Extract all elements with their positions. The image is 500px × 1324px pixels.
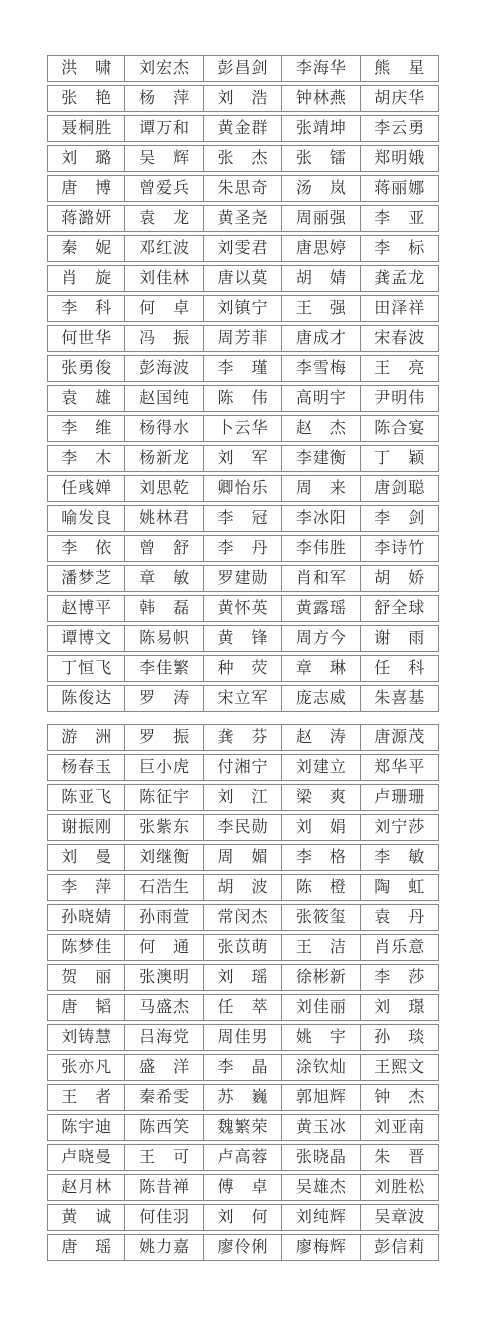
table-row: 何世华冯振周芳菲唐成才宋春波	[47, 325, 439, 352]
table-cell: 邓红波	[125, 235, 203, 262]
person-name: 洪啸	[61, 61, 111, 77]
person-name: 魏繁荣	[217, 1120, 267, 1136]
table-cell: 周芳菲	[204, 325, 282, 352]
person-name: 唐瑶	[61, 1240, 111, 1256]
table-cell: 刘江	[204, 784, 282, 811]
person-name: 唐思婷	[296, 241, 346, 257]
table-row: 张勇俊彭海波李瑾李雪梅王亮	[47, 355, 439, 382]
person-name: 李云勇	[374, 121, 424, 137]
person-name: 唐博	[61, 181, 111, 197]
person-name: 孙雨萱	[139, 910, 189, 926]
person-name: 袁丹	[374, 910, 424, 926]
person-name: 王洁	[296, 940, 346, 956]
table-cell: 李木	[47, 445, 125, 472]
table-cell: 梁爽	[282, 784, 360, 811]
person-name: 刘宏杰	[139, 61, 189, 77]
table-cell: 陈伟	[204, 385, 282, 412]
person-name: 刘佳林	[139, 271, 189, 287]
table-row: 陈梦佳何通张苡萌王洁肖乐意	[47, 934, 439, 961]
table-row: 李萍石浩生胡波陈橙陶虹	[47, 874, 439, 901]
table-cell: 李丹	[204, 535, 282, 562]
person-name: 蒋丽娜	[374, 181, 424, 197]
table-cell: 肖和军	[282, 565, 360, 592]
person-name: 黄诚	[61, 1210, 111, 1226]
table-cell: 刘铸慧	[47, 1024, 125, 1051]
person-name: 王强	[296, 301, 346, 317]
table-cell: 庞志威	[282, 685, 360, 712]
table-cell: 傅卓	[204, 1174, 282, 1201]
table-cell: 姚林君	[125, 505, 203, 532]
table-cell: 刘继衡	[125, 844, 203, 871]
table-row: 李维杨得水卜云华赵杰陈合宴	[47, 415, 439, 442]
table-cell: 肖旋	[47, 265, 125, 292]
table-cell: 廖梅辉	[282, 1234, 360, 1261]
person-name: 赵杰	[296, 421, 346, 437]
table-cell: 刘宏杰	[125, 55, 203, 82]
table-cell: 郭旭辉	[282, 1084, 360, 1111]
person-name: 刘思乾	[139, 481, 189, 497]
table-cell: 刘宁莎	[361, 814, 439, 841]
name-table-section-2: 游洲罗振龚芬赵涛唐源茂杨春玉巨小虎付湘宁刘建立郑华平陈亚飞陈征宇刘江梁爽卢珊珊谢…	[47, 721, 439, 1264]
table-cell: 任萃	[204, 994, 282, 1021]
table-row: 刘曼刘继衡周媚李格李敏	[47, 844, 439, 871]
person-name: 杨得水	[139, 421, 189, 437]
table-cell: 刘瑶	[204, 964, 282, 991]
table-cell: 徐彬新	[282, 964, 360, 991]
table-cell: 钟杰	[361, 1084, 439, 1111]
person-name: 傅卓	[217, 1180, 267, 1196]
table-cell: 赵杰	[282, 415, 360, 442]
table-cell: 刘思乾	[125, 475, 203, 502]
person-name: 姚林君	[139, 511, 189, 527]
table-cell: 周媚	[204, 844, 282, 871]
person-name: 刘娟	[296, 820, 346, 836]
table-cell: 刘曼	[47, 844, 125, 871]
table-cell: 谢振刚	[47, 814, 125, 841]
table-cell: 胡娇	[361, 565, 439, 592]
table-cell: 唐成才	[282, 325, 360, 352]
person-name: 袁雄	[61, 391, 111, 407]
table-cell: 王洁	[282, 934, 360, 961]
table-row: 谢振刚张紫东李民勋刘娟刘宁莎	[47, 814, 439, 841]
table-cell: 李维	[47, 415, 125, 442]
table-cell: 曾舒	[125, 535, 203, 562]
table-cell: 王者	[47, 1084, 125, 1111]
person-name: 肖旋	[61, 271, 111, 287]
table-cell: 唐博	[47, 175, 125, 202]
table-cell: 聂桐胜	[47, 115, 125, 142]
person-name: 罗建勋	[217, 571, 267, 587]
table-cell: 刘亚南	[361, 1114, 439, 1141]
person-name: 陈伟	[217, 391, 267, 407]
table-cell: 冯振	[125, 325, 203, 352]
table-cell: 丁颖	[361, 445, 439, 472]
person-name: 李敏	[374, 850, 424, 866]
person-name: 谢雨	[374, 631, 424, 647]
person-name: 黄金群	[217, 121, 267, 137]
person-name: 秦妮	[61, 241, 111, 257]
table-row: 李依曾舒李丹李伟胜李诗竹	[47, 535, 439, 562]
person-name: 刘何	[217, 1210, 267, 1226]
person-name: 胡庆华	[374, 91, 424, 107]
person-name: 肖乐意	[374, 940, 424, 956]
table-cell: 陈西笑	[125, 1114, 203, 1141]
person-name: 刘瑶	[217, 970, 267, 986]
table-row: 贺丽张澳明刘瑶徐彬新李莎	[47, 964, 439, 991]
table-cell: 李伟胜	[282, 535, 360, 562]
person-name: 彭海波	[139, 361, 189, 377]
person-name: 赵博平	[61, 601, 111, 617]
table-cell: 张筱玺	[282, 904, 360, 931]
person-name: 卢珊珊	[374, 790, 424, 806]
table-row: 任彧婵刘思乾卿怡乐周来唐剑聪	[47, 475, 439, 502]
table-cell: 谭博文	[47, 625, 125, 652]
person-name: 谭博文	[61, 631, 111, 647]
person-name: 李冰阳	[296, 511, 346, 527]
person-name: 彭昌剑	[217, 61, 267, 77]
person-name: 谢振刚	[61, 820, 111, 836]
table-row: 喻发良姚林君李冠李冰阳李剑	[47, 505, 439, 532]
person-name: 丁颖	[374, 451, 424, 467]
person-name: 张澳明	[139, 970, 189, 986]
table-cell: 任科	[361, 655, 439, 682]
person-name: 李雪梅	[296, 361, 346, 377]
table-row: 李科何卓刘镇宁王强田泽祥	[47, 295, 439, 322]
person-name: 刘浩	[217, 91, 267, 107]
person-name: 罗涛	[139, 691, 189, 707]
table-cell: 蒋潞妍	[47, 205, 125, 232]
person-name: 钟杰	[374, 1090, 424, 1106]
table-cell: 种荧	[204, 655, 282, 682]
person-name: 蒋潞妍	[61, 211, 111, 227]
table-cell: 杨萍	[125, 85, 203, 112]
person-name: 邓红波	[139, 241, 189, 257]
table-row: 卢晓曼王可卢高蓉张晓晶朱晋	[47, 1144, 439, 1171]
person-name: 卿怡乐	[217, 481, 267, 497]
person-name: 黄玉冰	[296, 1120, 346, 1136]
person-name: 尹明伟	[374, 391, 424, 407]
table-cell: 陈橙	[282, 874, 360, 901]
table-cell: 胡婧	[282, 265, 360, 292]
table-cell: 陈亚飞	[47, 784, 125, 811]
table-cell: 罗涛	[125, 685, 203, 712]
person-name: 李丹	[217, 541, 267, 557]
table-row: 游洲罗振龚芬赵涛唐源茂	[47, 724, 439, 751]
table-cell: 宋立军	[204, 685, 282, 712]
person-name: 周丽强	[296, 211, 346, 227]
table-cell: 袁丹	[361, 904, 439, 931]
table-cell: 黄怀英	[204, 595, 282, 622]
person-name: 张镭	[296, 151, 346, 167]
person-name: 张苡萌	[217, 940, 267, 956]
table-cell: 龚芬	[204, 724, 282, 751]
person-name: 张勇俊	[61, 361, 111, 377]
table-cell: 孙雨萱	[125, 904, 203, 931]
person-name: 常闵杰	[217, 910, 267, 926]
person-name: 刘纯辉	[296, 1210, 346, 1226]
table-cell: 张亦凡	[47, 1054, 125, 1081]
person-name: 刘军	[217, 451, 267, 467]
table-cell: 卜云华	[204, 415, 282, 442]
table-cell: 刘佳丽	[282, 994, 360, 1021]
table-row: 杨春玉巨小虎付湘宁刘建立郑华平	[47, 754, 439, 781]
table-cell: 赵月林	[47, 1174, 125, 1201]
person-name: 朱思奇	[217, 181, 267, 197]
person-name: 种荧	[217, 661, 267, 677]
person-name: 曾爱兵	[139, 181, 189, 197]
person-name: 石浩生	[139, 880, 189, 896]
person-name: 郭旭辉	[296, 1090, 346, 1106]
table-cell: 姚宇	[282, 1024, 360, 1051]
person-name: 赵国纯	[139, 391, 189, 407]
table-row: 赵月林陈昔禅傅卓吴雄杰刘胜松	[47, 1174, 439, 1201]
person-name: 陈橙	[296, 880, 346, 896]
table-cell: 李雪梅	[282, 355, 360, 382]
person-name: 刘璟	[374, 1000, 424, 1016]
person-name: 周媚	[217, 850, 267, 866]
table-cell: 王熙文	[361, 1054, 439, 1081]
table-cell: 卿怡乐	[204, 475, 282, 502]
person-name: 刘铸慧	[61, 1030, 111, 1046]
person-name: 孙晓婧	[61, 910, 111, 926]
person-name: 李晶	[217, 1060, 267, 1076]
person-name: 张亦凡	[61, 1060, 111, 1076]
person-name: 周方今	[296, 631, 346, 647]
person-name: 吕海党	[139, 1030, 189, 1046]
person-name: 王亮	[374, 361, 424, 377]
person-name: 任科	[374, 661, 424, 677]
table-cell: 杨得水	[125, 415, 203, 442]
person-name: 刘建立	[296, 760, 346, 776]
table-cell: 胡庆华	[361, 85, 439, 112]
person-name: 谭万和	[139, 121, 189, 137]
table-cell: 刘璟	[361, 994, 439, 1021]
table-row: 潘梦芝章敏罗建勋肖和军胡娇	[47, 565, 439, 592]
person-name: 卢高蓉	[217, 1150, 267, 1166]
table-cell: 黄锋	[204, 625, 282, 652]
table-cell: 贺丽	[47, 964, 125, 991]
table-cell: 朱喜基	[361, 685, 439, 712]
person-name: 李标	[374, 241, 424, 257]
person-name: 李瑾	[217, 361, 267, 377]
person-name: 胡娇	[374, 571, 424, 587]
table-cell: 周方今	[282, 625, 360, 652]
person-name: 袁龙	[139, 211, 189, 227]
table-cell: 李佳繁	[125, 655, 203, 682]
person-name: 张紫东	[139, 820, 189, 836]
person-name: 龚孟龙	[374, 271, 424, 287]
table-cell: 卢高蓉	[204, 1144, 282, 1171]
table-cell: 卢珊珊	[361, 784, 439, 811]
table-cell: 李亚	[361, 205, 439, 232]
table-cell: 刘娟	[282, 814, 360, 841]
name-table-section-1: 洪啸刘宏杰彭昌剑李海华熊星张艳杨萍刘浩钟林燕胡庆华聂桐胜谭万和黄金群张靖坤李云勇…	[47, 52, 439, 715]
table-cell: 周佳男	[204, 1024, 282, 1051]
table-cell: 李依	[47, 535, 125, 562]
table-row: 洪啸刘宏杰彭昌剑李海华熊星	[47, 55, 439, 82]
table-cell: 唐思婷	[282, 235, 360, 262]
table-cell: 彭海波	[125, 355, 203, 382]
person-name: 刘曼	[61, 850, 111, 866]
person-name: 刘宁莎	[374, 820, 424, 836]
person-name: 罗振	[139, 730, 189, 746]
table-cell: 黄玉冰	[282, 1114, 360, 1141]
table-cell: 朱晋	[361, 1144, 439, 1171]
table-cell: 章琳	[282, 655, 360, 682]
table-cell: 李晶	[204, 1054, 282, 1081]
table-cell: 张镭	[282, 145, 360, 172]
person-name: 李依	[61, 541, 111, 557]
table-cell: 刘纯辉	[282, 1204, 360, 1231]
table-cell: 黄露瑶	[282, 595, 360, 622]
table-row: 孙晓婧孙雨萱常闵杰张筱玺袁丹	[47, 904, 439, 931]
table-cell: 刘胜松	[361, 1174, 439, 1201]
table-cell: 钟林燕	[282, 85, 360, 112]
table-cell: 刘佳林	[125, 265, 203, 292]
person-name: 盛洋	[139, 1060, 189, 1076]
person-name: 杨萍	[139, 91, 189, 107]
table-cell: 陈梦佳	[47, 934, 125, 961]
table-cell: 李敏	[361, 844, 439, 871]
table-cell: 刘雯君	[204, 235, 282, 262]
person-name: 廖梅辉	[296, 1240, 346, 1256]
person-name: 唐剑聪	[374, 481, 424, 497]
table-cell: 周丽强	[282, 205, 360, 232]
table-row: 肖旋刘佳林唐以莫胡婧龚孟龙	[47, 265, 439, 292]
table-cell: 赵博平	[47, 595, 125, 622]
person-name: 黄圣尧	[217, 211, 267, 227]
person-name: 张杰	[217, 151, 267, 167]
person-name: 吴辉	[139, 151, 189, 167]
table-cell: 朱思奇	[204, 175, 282, 202]
table-cell: 秦希雯	[125, 1084, 203, 1111]
table-row: 唐韬马盛杰任萃刘佳丽刘璟	[47, 994, 439, 1021]
table-cell: 李莎	[361, 964, 439, 991]
person-name: 冯振	[139, 331, 189, 347]
table-cell: 郑明娥	[361, 145, 439, 172]
table-cell: 刘镇宁	[204, 295, 282, 322]
table-cell: 孙晓婧	[47, 904, 125, 931]
person-name: 胡婧	[296, 271, 346, 287]
table-cell: 丁恒飞	[47, 655, 125, 682]
person-name: 黄怀英	[217, 601, 267, 617]
person-name: 陈俊达	[61, 691, 111, 707]
person-name: 黄锋	[217, 631, 267, 647]
person-name: 刘胜松	[374, 1180, 424, 1196]
table-cell: 马盛杰	[125, 994, 203, 1021]
person-name: 李格	[296, 850, 346, 866]
person-name: 李科	[61, 301, 111, 317]
person-name: 何卓	[139, 301, 189, 317]
table-row: 张艳杨萍刘浩钟林燕胡庆华	[47, 85, 439, 112]
person-name: 李建衡	[296, 451, 346, 467]
table-cell: 游洲	[47, 724, 125, 751]
table-cell: 陶虹	[361, 874, 439, 901]
table-row: 刘铸慧吕海党周佳男姚宇孙琰	[47, 1024, 439, 1051]
person-name: 王熙文	[374, 1060, 424, 1076]
person-name: 韩磊	[139, 601, 189, 617]
table-cell: 唐源茂	[361, 724, 439, 751]
table-cell: 赵国纯	[125, 385, 203, 412]
table-row: 袁雄赵国纯陈伟高明宇尹明伟	[47, 385, 439, 412]
table-cell: 韩磊	[125, 595, 203, 622]
person-name: 李萍	[61, 880, 111, 896]
table-cell: 任彧婵	[47, 475, 125, 502]
person-name: 游洲	[61, 730, 111, 746]
table-cell: 何通	[125, 934, 203, 961]
table-cell: 唐以莫	[204, 265, 282, 292]
person-name: 朱喜基	[374, 691, 424, 707]
table-cell: 唐瑶	[47, 1234, 125, 1261]
table-cell: 章敏	[125, 565, 203, 592]
table-row: 秦妮邓红波刘雯君唐思婷李标	[47, 235, 439, 262]
table-cell: 陈易帜	[125, 625, 203, 652]
table-cell: 杨春玉	[47, 754, 125, 781]
table-cell: 常闵杰	[204, 904, 282, 931]
person-name: 李莎	[374, 970, 424, 986]
table-cell: 彭昌剑	[204, 55, 282, 82]
person-name: 王可	[139, 1150, 189, 1166]
table-cell: 涂钦灿	[282, 1054, 360, 1081]
table-cell: 彭信莉	[361, 1234, 439, 1261]
table-row: 李木杨新龙刘军李建衡丁颖	[47, 445, 439, 472]
person-name: 唐韬	[61, 1000, 111, 1016]
table-cell: 卢晓曼	[47, 1144, 125, 1171]
table-cell: 张澳明	[125, 964, 203, 991]
table-cell: 黄圣尧	[204, 205, 282, 232]
table-cell: 舒全球	[361, 595, 439, 622]
person-name: 廖伶俐	[217, 1240, 267, 1256]
table-cell: 罗建勋	[204, 565, 282, 592]
person-name: 张靖坤	[296, 121, 346, 137]
person-name: 喻发良	[61, 511, 111, 527]
table-cell: 张苡萌	[204, 934, 282, 961]
table-cell: 孙琰	[361, 1024, 439, 1051]
table-cell: 陈俊达	[47, 685, 125, 712]
table-cell: 蒋丽娜	[361, 175, 439, 202]
person-name: 杨春玉	[61, 760, 111, 776]
person-name: 张艳	[61, 91, 111, 107]
person-name: 田泽祥	[374, 301, 424, 317]
table-cell: 何佳羽	[125, 1204, 203, 1231]
person-name: 曾舒	[139, 541, 189, 557]
person-name: 何世华	[61, 331, 111, 347]
table-cell: 高明宇	[282, 385, 360, 412]
person-name: 潘梦芝	[61, 571, 111, 587]
person-name: 姚宇	[296, 1030, 346, 1046]
table-row: 王者秦希雯苏巍郭旭辉钟杰	[47, 1084, 439, 1111]
person-name: 宋立军	[217, 691, 267, 707]
table-row: 蒋潞妍袁龙黄圣尧周丽强李亚	[47, 205, 439, 232]
table-cell: 张勇俊	[47, 355, 125, 382]
table-cell: 吴雄杰	[282, 1174, 360, 1201]
person-name: 章琳	[296, 661, 346, 677]
table-cell: 何卓	[125, 295, 203, 322]
table-cell: 廖伶俐	[204, 1234, 282, 1261]
person-name: 李冠	[217, 511, 267, 527]
table-cell: 曾爱兵	[125, 175, 203, 202]
person-name: 徐彬新	[296, 970, 346, 986]
table-cell: 汤岚	[282, 175, 360, 202]
table-cell: 李诗竹	[361, 535, 439, 562]
table-cell: 谢雨	[361, 625, 439, 652]
table-cell: 熊星	[361, 55, 439, 82]
table-cell: 张杰	[204, 145, 282, 172]
person-name: 朱晋	[374, 1150, 424, 1166]
table-row: 陈宇迪陈西笑魏繁荣黄玉冰刘亚南	[47, 1114, 439, 1141]
person-name: 郑明娥	[374, 151, 424, 167]
person-name: 唐源茂	[374, 730, 424, 746]
